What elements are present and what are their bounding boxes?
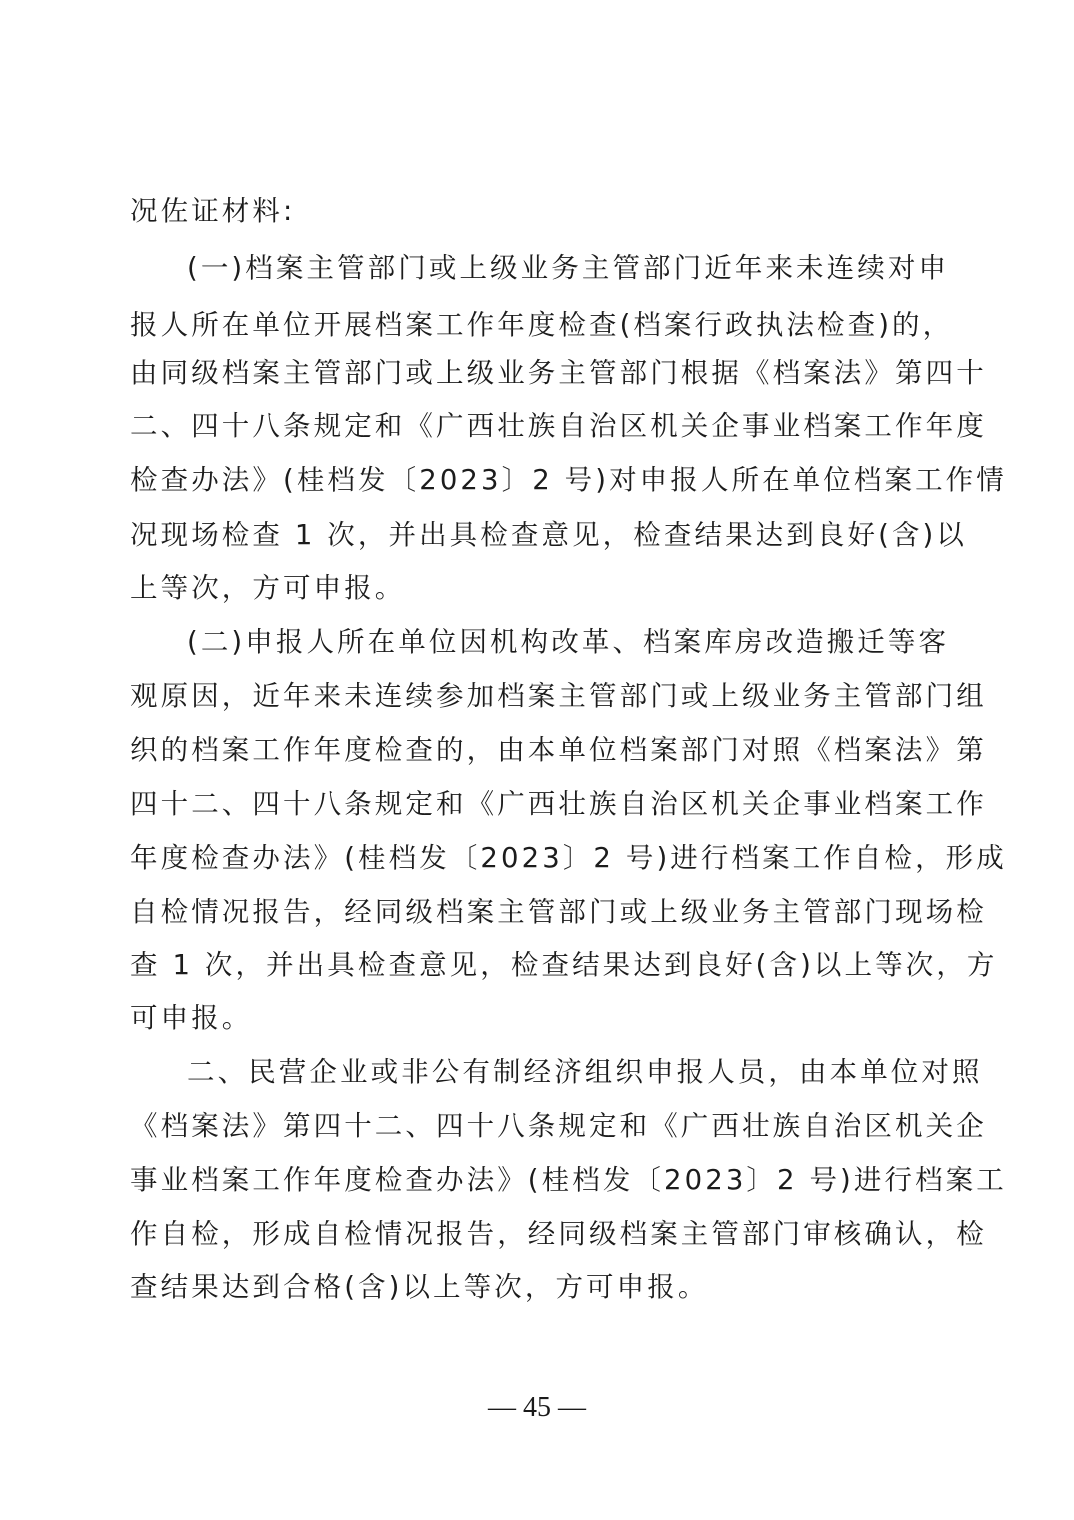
text-line: 事业档案工作年度检查办法》(桂档发〔2023〕2 号)进行档案工 — [130, 1162, 1007, 1198]
page-number: — 45 — — [0, 1392, 1074, 1424]
text-line: 作自检，形成自检情况报告，经同级档案主管部门审核确认，检 — [130, 1216, 987, 1252]
text-line: 况现场检查 1 次，并出具检查意见，检查结果达到良好(含)以 — [130, 517, 967, 553]
text-line: 年度检查办法》(桂档发〔2023〕2 号)进行档案工作自检，形成 — [130, 840, 1007, 876]
text-line: 二、四十八条规定和《广西壮族自治区机关企事业档案工作年度 — [130, 408, 987, 444]
paragraph-3-start: 二、民营企业或非公有制经济组织申报人员，由本单位对照 — [187, 1054, 983, 1090]
text-line: 由同级档案主管部门或上级业务主管部门根据《档案法》第四十 — [130, 355, 987, 391]
text-line: 观原因，近年来未连续参加档案主管部门或上级业务主管部门组 — [130, 678, 987, 714]
text-line: 况佐证材料: — [130, 193, 295, 229]
document-page: 况佐证材料: (一)档案主管部门或上级业务主管部门近年来未连续对申 报人所在单位… — [0, 0, 1074, 1520]
paragraph-2-start: (二)申报人所在单位因机构改革、档案库房改造搬迁等客 — [187, 624, 949, 660]
text-line: 报人所在单位开展档案工作年度检查(档案行政执法检查)的， — [130, 307, 953, 343]
text-line: 四十二、四十八条规定和《广西壮族自治区机关企事业档案工作 — [130, 786, 987, 822]
text-line: 《档案法》第四十二、四十八条规定和《广西壮族自治区机关企 — [130, 1108, 987, 1144]
text-line: 自检情况报告，经同级档案主管部门或上级业务主管部门现场检 — [130, 894, 987, 930]
text-line: 可申报。 — [130, 1000, 252, 1036]
text-line: 查结果达到合格(含)以上等次，方可申报。 — [130, 1269, 708, 1305]
paragraph-1-start: (一)档案主管部门或上级业务主管部门近年来未连续对申 — [187, 250, 949, 286]
text-line: 检查办法》(桂档发〔2023〕2 号)对申报人所在单位档案工作情 — [130, 462, 1007, 498]
text-line: 查 1 次，并出具检查意见，检查结果达到良好(含)以上等次，方 — [130, 947, 998, 983]
text-line: 织的档案工作年度检查的，由本单位档案部门对照《档案法》第 — [130, 732, 987, 768]
text-line: 上等次，方可申报。 — [130, 570, 405, 606]
